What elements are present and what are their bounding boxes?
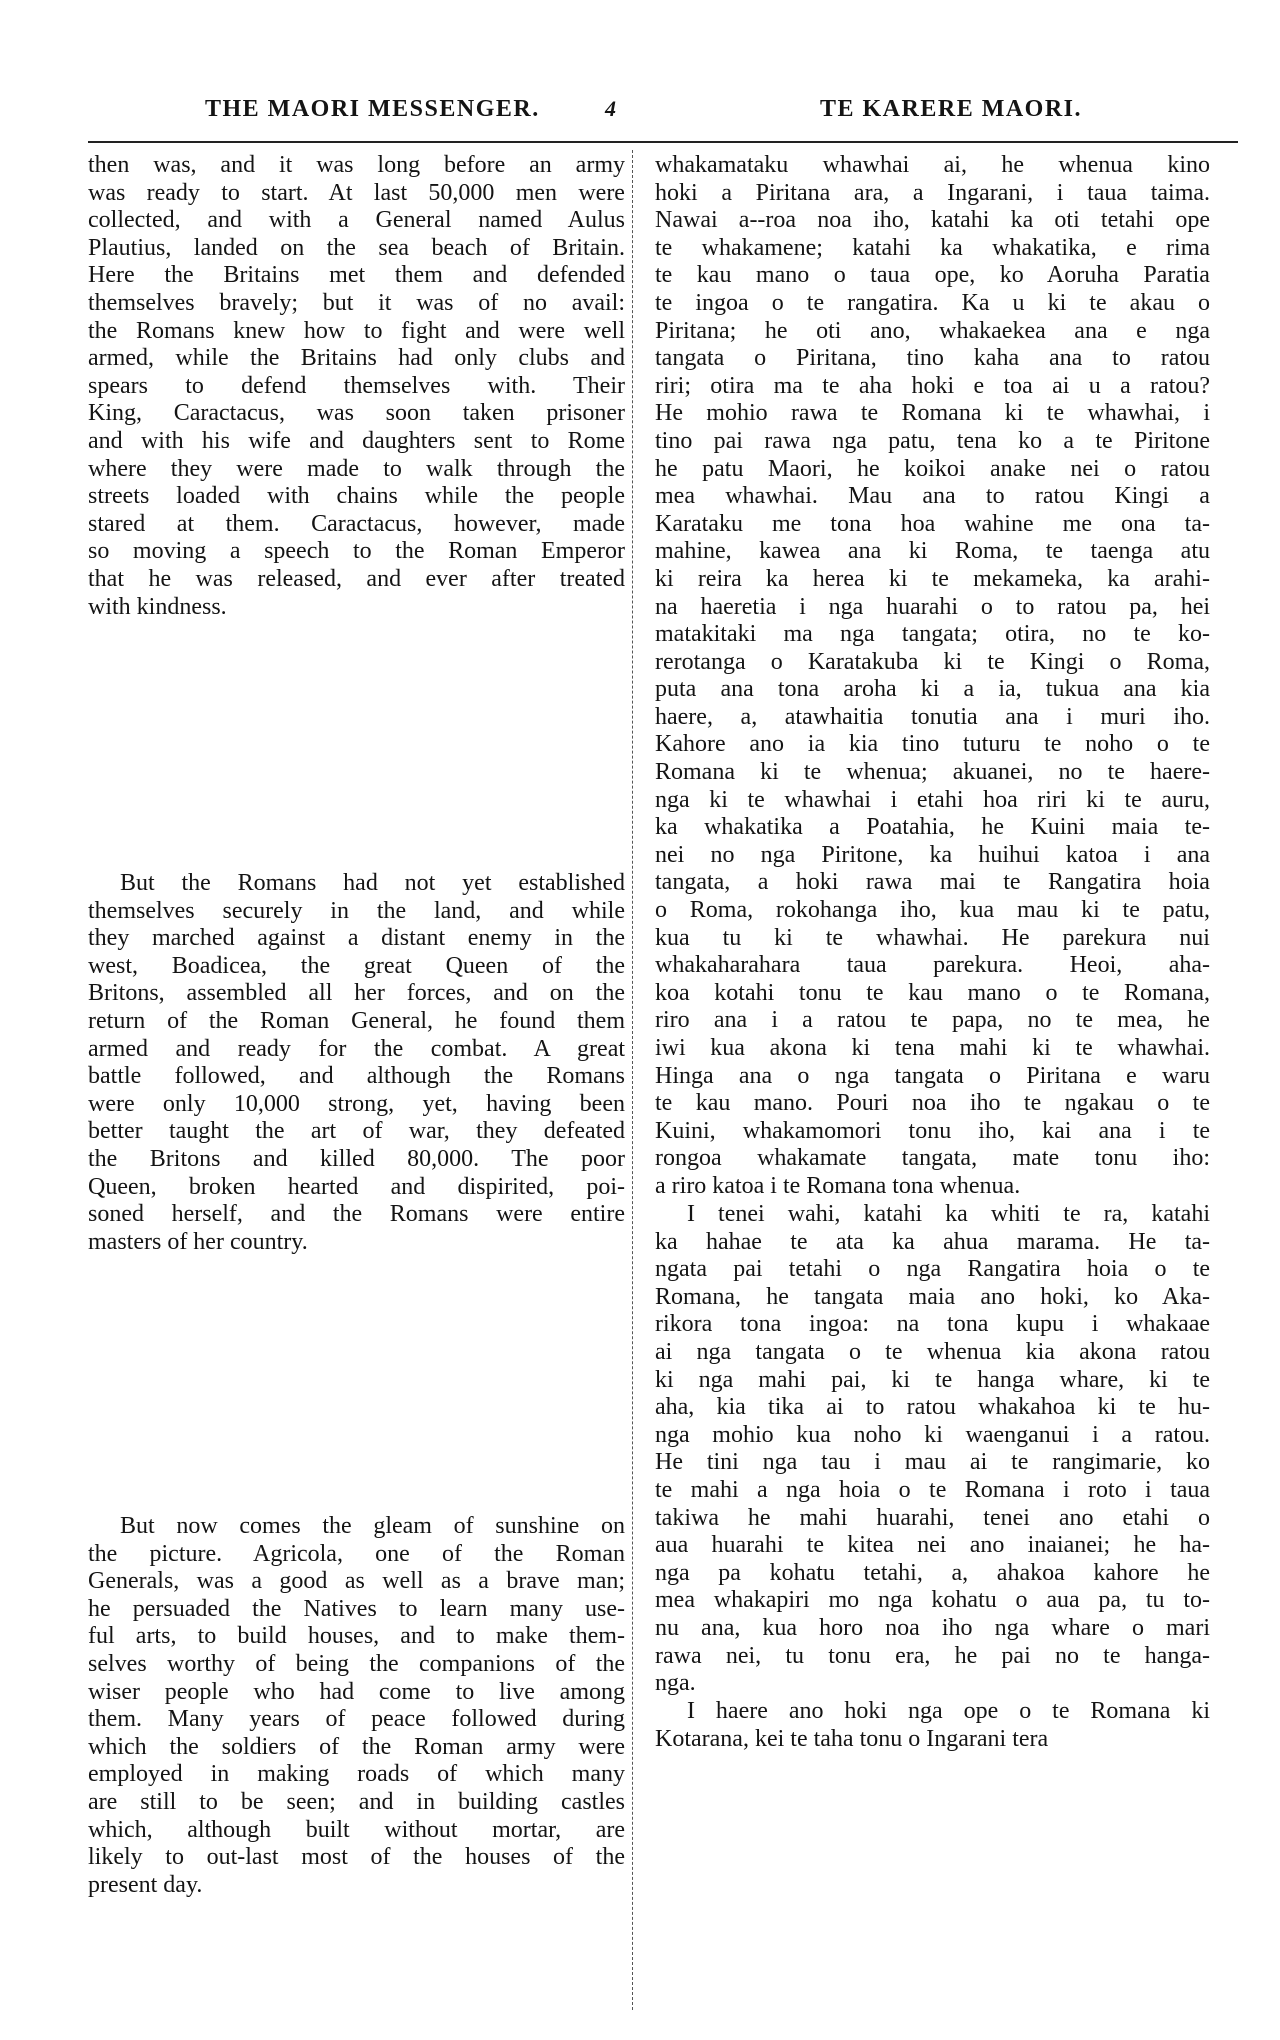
text-line: a riro katoa i te Romana tona whenua. xyxy=(655,1173,1210,1201)
text-line: Nawai a--roa noa iho, katahi ka oti teta… xyxy=(655,207,1210,235)
text-line: were only 10,000 strong, yet, having bee… xyxy=(88,1091,625,1119)
text-line: Hinga ana o nga tangata o Piritana e war… xyxy=(655,1063,1210,1091)
page-number: 4 xyxy=(605,96,618,122)
text-line: But the Romans had not yet established xyxy=(88,870,657,898)
text-line: te kau mano o taua ope, ko Aoruha Parati… xyxy=(655,262,1210,290)
text-line: ful arts, to build houses, and to make t… xyxy=(88,1623,625,1651)
text-line: that he was released, and ever after tre… xyxy=(88,566,625,594)
paragraph: whakamataku whawhai ai, he whenua kinoho… xyxy=(655,152,1210,1201)
text-line: ngata pai tetahi o nga Rangatira hoia o … xyxy=(655,1256,1210,1284)
text-line: I tenei wahi, katahi ka whiti te ra, kat… xyxy=(655,1201,1242,1229)
text-line: kua tu ki te whawhai. He parekura nui xyxy=(655,925,1210,953)
text-line: te kau mano. Pouri noa iho te ngakau o t… xyxy=(655,1090,1210,1118)
text-line: and with his wife and daughters sent to … xyxy=(88,428,625,456)
text-line: I haere ano hoki nga ope o te Romana ki xyxy=(655,1698,1242,1726)
text-line: the picture. Agricola, one of the Roman xyxy=(88,1541,625,1569)
text-line: spears to defend themselves with. Their xyxy=(88,373,625,401)
text-line: tangata o Piritana, tino kaha ana to rat… xyxy=(655,345,1210,373)
text-line: Kahore ano ia kia tino tuturu te noho o … xyxy=(655,731,1210,759)
text-line: riri; otira ma te aha hoki e toa ai u a … xyxy=(655,373,1210,401)
text-line: stared at them. Caractacus, however, mad… xyxy=(88,511,625,539)
text-line: whakaharahara taua parekura. Heoi, aha- xyxy=(655,952,1210,980)
text-line: rawa nei, tu tonu era, he pai no te hang… xyxy=(655,1643,1210,1671)
text-line: the Britons and killed 80,000. The poor xyxy=(88,1146,625,1174)
text-line: nu ana, kua horo noa iho nga whare o mar… xyxy=(655,1615,1210,1643)
text-line: tangata, a hoki rawa mai te Rangatira ho… xyxy=(655,869,1210,897)
text-line: he patu Maori, he koikoi anake nei o rat… xyxy=(655,456,1210,484)
text-line: mahine, kawea ana ki Roma, te taenga atu xyxy=(655,538,1210,566)
paragraph: I haere ano hoki nga ope o te Romana kiK… xyxy=(655,1698,1242,1753)
text-line: koa kotahi tonu te kau mano o te Romana, xyxy=(655,980,1210,1008)
text-line: Piritana; he oti ano, whakaekea ana e ng… xyxy=(655,318,1210,346)
text-line: armed, while the Britains had only clubs… xyxy=(88,345,625,373)
text-line: nga ki te whawhai i etahi hoa riri ki te… xyxy=(655,787,1210,815)
text-line: matakitaki ma nga tangata; otira, no te … xyxy=(655,621,1210,649)
text-line: was ready to start. At last 50,000 men w… xyxy=(88,180,625,208)
text-line: Plautius, landed on the sea beach of Bri… xyxy=(88,235,625,263)
text-line: aha, kia tika ai to ratou whakahoa ki te… xyxy=(655,1394,1210,1422)
text-line: nei no nga Piritone, ka huihui katoa i a… xyxy=(655,842,1210,870)
masthead-english-title: THE MAORI MESSENGER. xyxy=(205,96,540,123)
text-line: aua huarahi te kitea nei ano inaianei; h… xyxy=(655,1532,1210,1560)
text-line: ki nga mahi pai, ki te hanga whare, ki t… xyxy=(655,1367,1210,1395)
text-line: employed in making roads of which many xyxy=(88,1761,625,1789)
text-line: nga mohio kua noho ki waenganui i a rato… xyxy=(655,1422,1210,1450)
masthead-maori-title: TE KARERE MAORI. xyxy=(820,96,1082,123)
text-line: Kuini, whakamomori tonu iho, kai ana i t… xyxy=(655,1118,1210,1146)
text-line: riro ana i a ratou te papa, no te mea, h… xyxy=(655,1007,1210,1035)
text-line: haere, a, atawhaitia tonutia ana i muri … xyxy=(655,704,1210,732)
text-line: them. Many years of peace followed durin… xyxy=(88,1706,625,1734)
text-line: with kindness. xyxy=(88,594,625,622)
text-line: are still to be seen; and in building ca… xyxy=(88,1789,625,1817)
header-rule xyxy=(88,141,1238,143)
text-line: Here the Britains met them and defended xyxy=(88,262,625,290)
text-line: streets loaded with chains while the peo… xyxy=(88,483,625,511)
text-line: ka whakatika a Poatahia, he Kuini maia t… xyxy=(655,814,1210,842)
text-line: He mohio rawa te Romana ki te whawhai, i xyxy=(655,400,1210,428)
text-line: nga. xyxy=(655,1670,1210,1698)
text-line: they marched against a distant enemy in … xyxy=(88,925,625,953)
text-line: puta ana tona aroha ki a ia, tukua ana k… xyxy=(655,676,1210,704)
text-line: mea whakapiri mo nga kohatu o aua pa, tu… xyxy=(655,1587,1210,1615)
text-line: the Romans knew how to fight and were we… xyxy=(88,318,625,346)
text-line: mea whawhai. Mau ana to ratou Kingi a xyxy=(655,483,1210,511)
text-line: te mahi a nga hoia o te Romana i roto i … xyxy=(655,1477,1210,1505)
text-line: Kotarana, kei te taha tonu o Ingarani te… xyxy=(655,1726,1210,1754)
text-line: hoki a Piritana ara, a Ingarani, i taua … xyxy=(655,180,1210,208)
text-line: better taught the art of war, they defea… xyxy=(88,1118,625,1146)
text-line: Romana, he tangata maia ano hoki, ko Aka… xyxy=(655,1284,1210,1312)
paragraph: I tenei wahi, katahi ka whiti te ra, kat… xyxy=(655,1201,1242,1698)
text-line: Britons, assembled all her forces, and o… xyxy=(88,980,625,1008)
text-line: King, Caractacus, was soon taken prisone… xyxy=(88,400,625,428)
text-line: o Roma, rokohanga iho, kua mau ki te pat… xyxy=(655,897,1210,925)
text-line: ki reira ka herea ki te mekameka, ka ara… xyxy=(655,566,1210,594)
text-line: rikora tona ingoa: na tona kupu i whakaa… xyxy=(655,1311,1210,1339)
text-line: na haeretia i nga huarahi o to ratou pa,… xyxy=(655,594,1210,622)
text-line: whakamataku whawhai ai, he whenua kino xyxy=(655,152,1210,180)
text-line: masters of her country. xyxy=(88,1229,625,1257)
text-line: Queen, broken hearted and dispirited, po… xyxy=(88,1174,625,1202)
text-line: likely to out-last most of the houses of… xyxy=(88,1844,625,1872)
text-line: selves worthy of being the companions of… xyxy=(88,1651,625,1679)
text-line: te whakamene; katahi ka whakatika, e rim… xyxy=(655,235,1210,263)
text-line: tino pai rawa nga patu, tena ko a te Pir… xyxy=(655,428,1210,456)
text-line: present day. xyxy=(88,1872,625,1900)
text-line: ka hahae te ata ka ahua marama. He ta- xyxy=(655,1229,1210,1257)
text-line: nga pa kohatu tetahi, a, ahakoa kahore h… xyxy=(655,1560,1210,1588)
text-line: Romana ki te whenua; akuanei, no te haer… xyxy=(655,759,1210,787)
text-line: rerotanga o Karatakuba ki te Kingi o Rom… xyxy=(655,649,1210,677)
text-line: collected, and with a General named Aulu… xyxy=(88,207,625,235)
text-line: soned herself, and the Romans were entir… xyxy=(88,1201,625,1229)
text-line: which the soldiers of the Roman army wer… xyxy=(88,1734,625,1762)
text-line: then was, and it was long before an army xyxy=(88,152,625,180)
text-line: themselves bravely; but it was of no ava… xyxy=(88,290,625,318)
text-line: iwi kua akona ki tena mahi ki te whawhai… xyxy=(655,1035,1210,1063)
text-line: which, although built without mortar, ar… xyxy=(88,1817,625,1845)
text-line: return of the Roman General, he found th… xyxy=(88,1008,625,1036)
text-line: where they were made to walk through the xyxy=(88,456,625,484)
text-line: But now comes the gleam of sunshine on xyxy=(88,1513,657,1541)
text-line: rongoa whakamate tangata, mate tonu iho: xyxy=(655,1145,1210,1173)
text-line: Generals, was a good as well as a brave … xyxy=(88,1568,625,1596)
text-line: te ingoa o te rangatira. Ka u ki te akau… xyxy=(655,290,1210,318)
text-line: Karataku me tona hoa wahine me ona ta- xyxy=(655,511,1210,539)
text-line: ai nga tangata o te whenua kia akona rat… xyxy=(655,1339,1210,1367)
text-line: themselves securely in the land, and whi… xyxy=(88,898,625,926)
text-line: He tini nga tau i mau ai te rangimarie, … xyxy=(655,1449,1210,1477)
paragraph: But the Romans had not yet establishedth… xyxy=(88,870,657,1256)
text-line: battle followed, and although the Romans xyxy=(88,1063,625,1091)
text-line: takiwa he mahi huarahi, tenei ano etahi … xyxy=(655,1505,1210,1533)
text-line: he persuaded the Natives to learn many u… xyxy=(88,1596,625,1624)
text-line: so moving a speech to the Roman Emperor xyxy=(88,538,625,566)
text-line: west, Boadicea, the great Queen of the xyxy=(88,953,625,981)
text-line: armed and ready for the combat. A great xyxy=(88,1036,625,1064)
paragraph: then was, and it was long before an army… xyxy=(88,152,625,621)
text-line: wiser people who had come to live among xyxy=(88,1679,625,1707)
paragraph: But now comes the gleam of sunshine onth… xyxy=(88,1513,657,1899)
